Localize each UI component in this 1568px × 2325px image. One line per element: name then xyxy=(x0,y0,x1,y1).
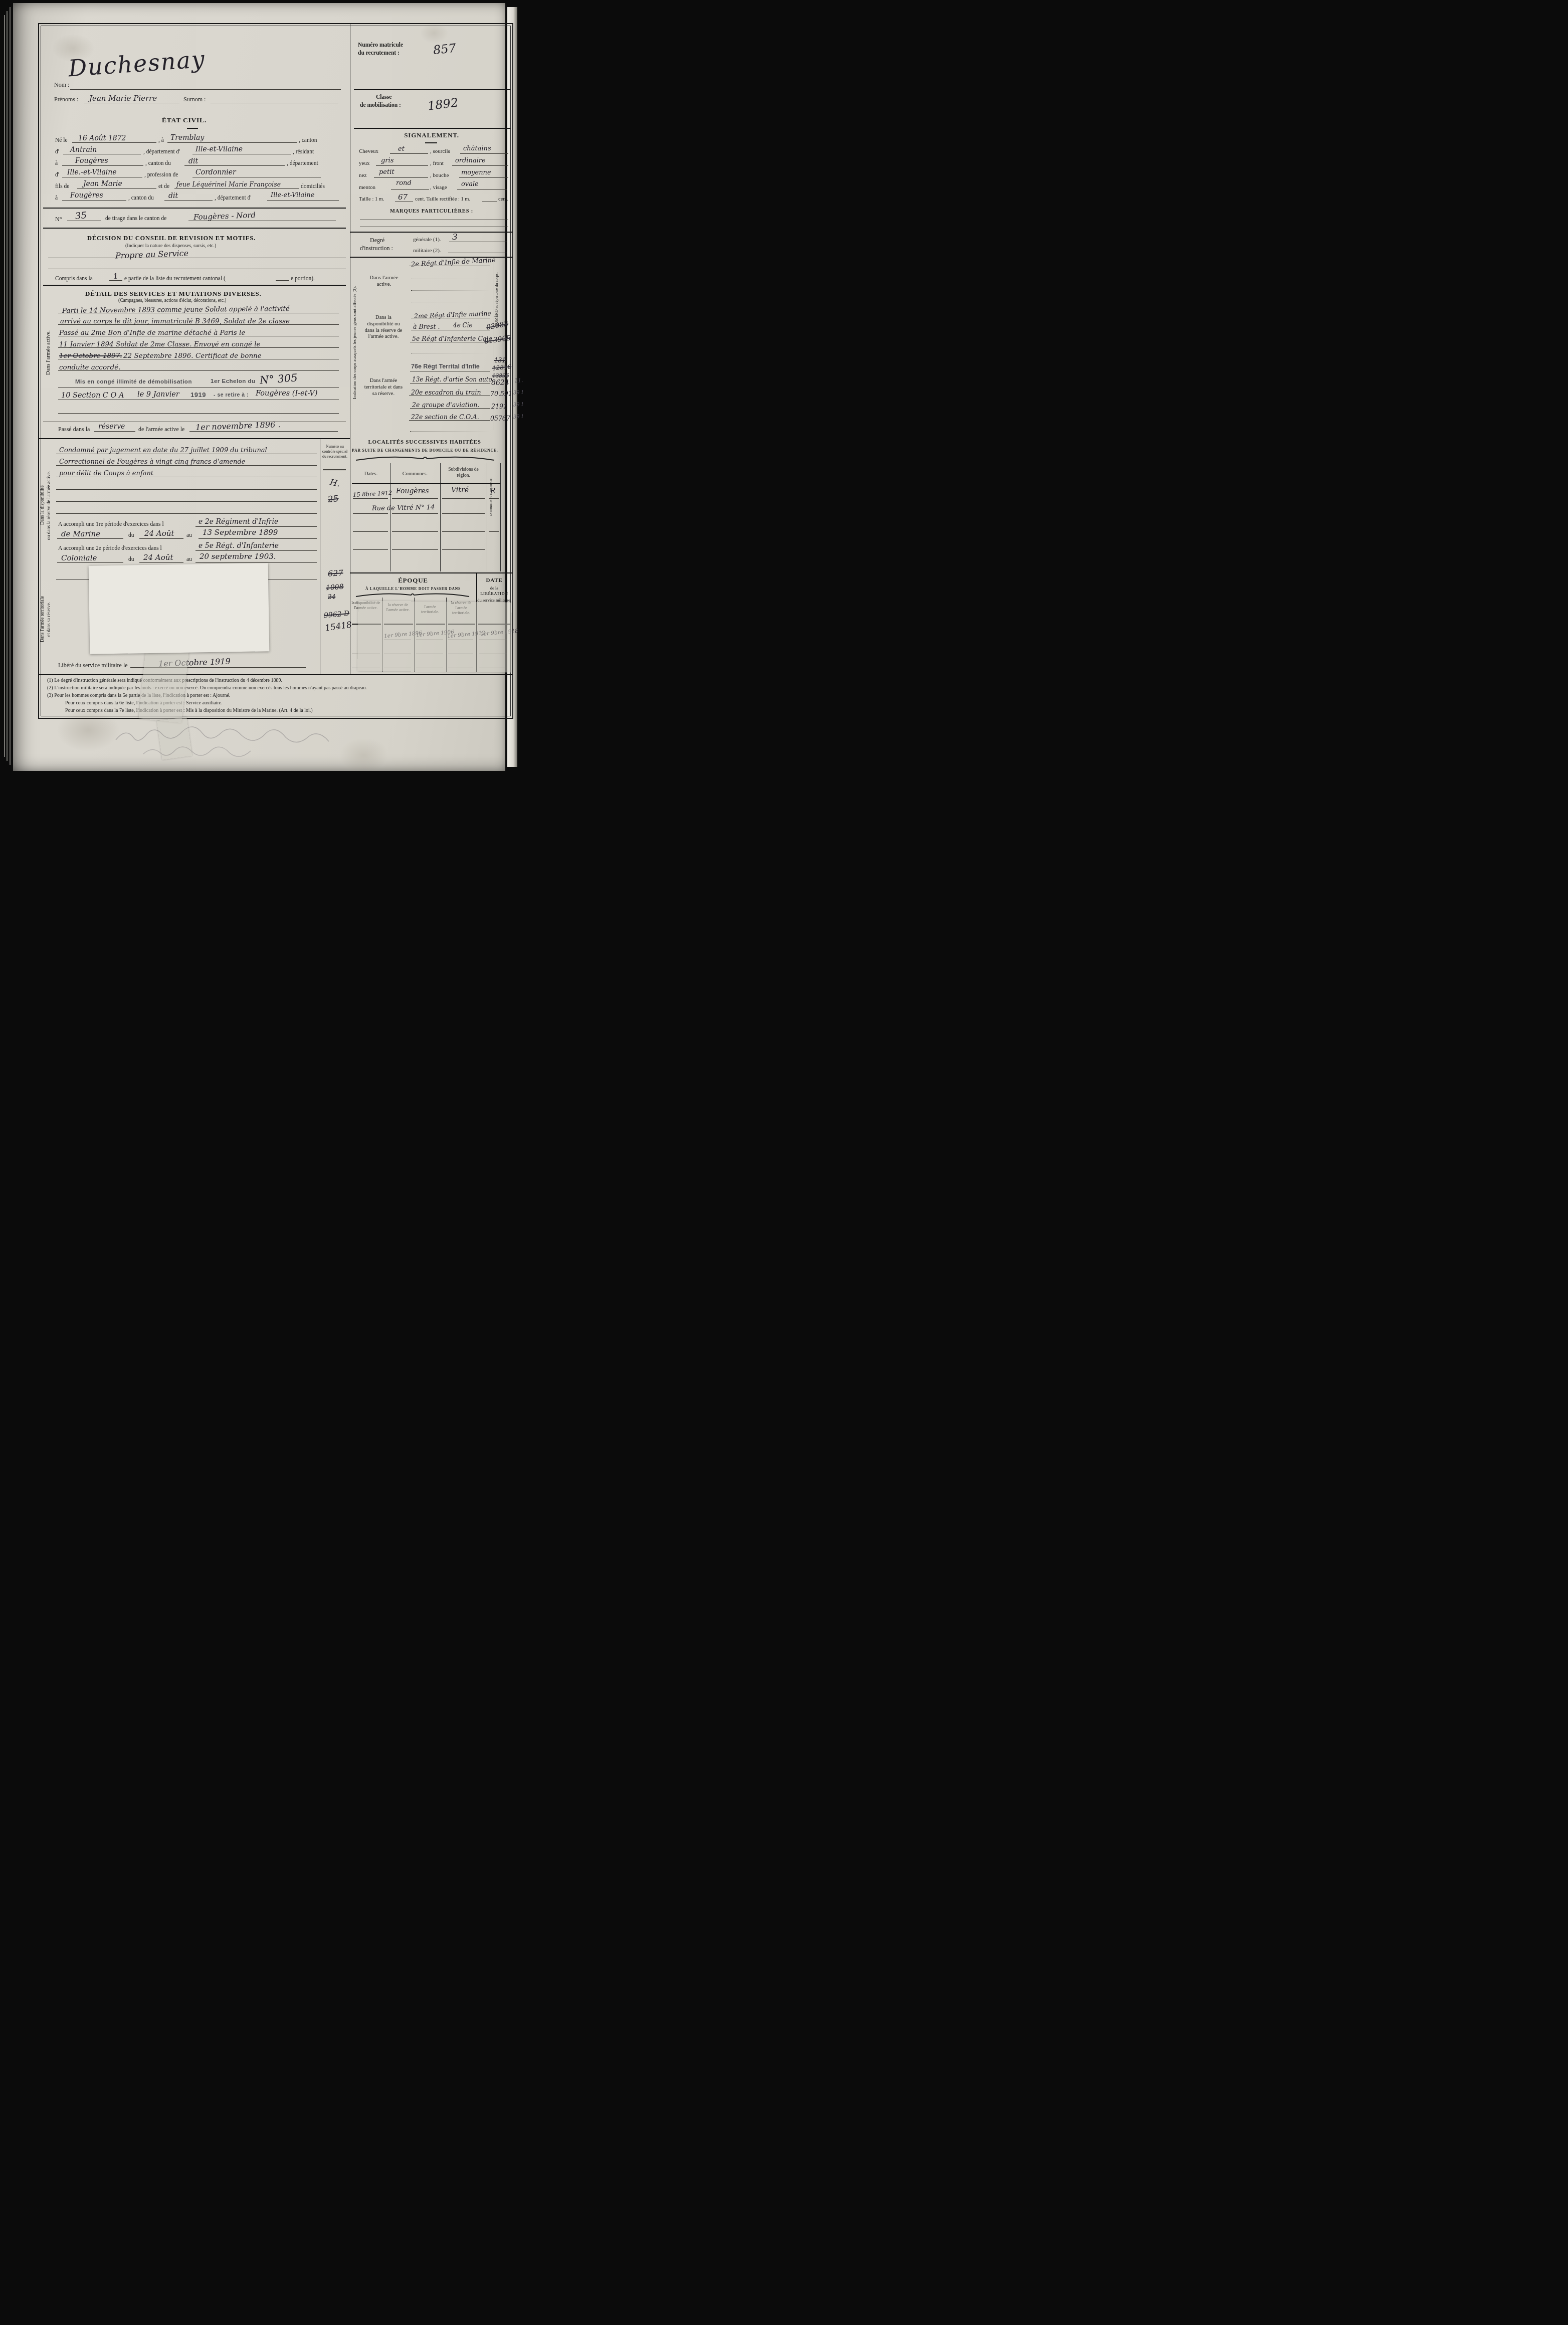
surnom-label: Surnom : xyxy=(183,96,206,103)
dotted-line xyxy=(411,290,490,291)
line xyxy=(62,165,143,166)
tirage-no-label: N° xyxy=(55,216,62,223)
localites-header-rule xyxy=(352,483,500,484)
compris-text: e partie de la liste du recrutement cant… xyxy=(124,276,226,282)
sourcils-value: châtains xyxy=(463,145,491,152)
compris-text2: e portion). xyxy=(291,276,315,282)
periode1-du: 24 Août xyxy=(144,529,174,538)
a-label: , à xyxy=(158,137,164,143)
line xyxy=(77,188,156,189)
periode1-corps: de Marine xyxy=(61,529,100,538)
localites-subtitle: PAR SUITE DE CHANGEMENTS DE DOMICILE OU … xyxy=(352,448,497,453)
line xyxy=(276,280,289,281)
profession-value: Cordonnier xyxy=(195,168,236,176)
line xyxy=(489,498,499,499)
canton-dit2: dit xyxy=(168,192,178,200)
localites-col-line xyxy=(440,463,441,571)
periode1-value: e 2e Régiment d'Infrie xyxy=(199,518,278,526)
line xyxy=(189,431,338,432)
localites-col-line xyxy=(390,463,390,571)
column-divider xyxy=(350,24,350,674)
decision-value: Propre au Service xyxy=(115,248,189,260)
matricule-bottom-line xyxy=(354,89,510,90)
reserve-value: réserve xyxy=(98,423,125,431)
line xyxy=(164,200,213,201)
pasted-paper-patch xyxy=(89,563,270,654)
condamnation-line-1: Condamné par jugement en date du 27 juil… xyxy=(59,447,267,454)
reserve-label: Passé dans la xyxy=(58,426,90,433)
cent-label: cent. xyxy=(498,197,508,202)
au2-label: au xyxy=(186,556,192,562)
line xyxy=(57,538,123,539)
demob-date: le 9 Janvier xyxy=(137,391,179,399)
line xyxy=(482,202,497,202)
cheveux-value: et xyxy=(398,145,405,153)
line xyxy=(139,562,183,563)
margin-number-5: 15418 xyxy=(324,620,352,633)
margin-number-4: 9962 D xyxy=(323,610,350,620)
departement2-label: , département xyxy=(287,160,318,166)
line xyxy=(409,266,490,266)
territorial-row-4: 22e section de C.O.A. xyxy=(411,413,479,421)
line xyxy=(58,336,339,336)
margin-number-1: 627 xyxy=(328,568,343,578)
armee-active-label: Dans l'armée active. xyxy=(363,275,405,288)
line xyxy=(374,177,428,178)
nez-label: nez xyxy=(359,172,366,178)
line xyxy=(391,189,429,190)
territorial-row-1: 13e Régt. d'artie Son auto. xyxy=(412,376,494,383)
localites-row-date: 15 8bre 1912 xyxy=(353,489,393,498)
localites-row-address: Rue de Vitré N° 14 xyxy=(372,504,435,512)
matricule-label2: du recrutement : xyxy=(358,50,400,56)
services-title: DÉTAIL DES SERVICES ET MUTATIONS DIVERSE… xyxy=(85,290,262,298)
reserve-label2: de l'armée active le xyxy=(138,426,184,433)
line xyxy=(195,526,317,527)
periode2-label: A accompli une 2e période d'exercices da… xyxy=(58,545,162,551)
periode1-au: 13 Septembre 1899 xyxy=(203,528,278,537)
line xyxy=(323,471,346,471)
line xyxy=(449,242,507,242)
line xyxy=(43,422,346,422)
territorial-row-1-num: 8624 xyxy=(491,379,509,387)
line xyxy=(58,413,339,414)
matricule-label: Numéro matricule xyxy=(358,42,403,48)
footnote-2: (2) L'instruction militaire sera indiqué… xyxy=(47,685,367,691)
localites-row-dr: R xyxy=(490,487,496,495)
generale-value: 3 xyxy=(452,232,458,242)
visage-value: ovale xyxy=(461,180,479,188)
section-rule xyxy=(350,232,512,233)
line xyxy=(109,280,122,281)
territorial-stamp-num-2: 12816 xyxy=(492,363,511,371)
line xyxy=(62,200,126,201)
nom-label: Nom : xyxy=(54,81,69,89)
line xyxy=(48,258,346,258)
territorial-row-4-num: 05767 xyxy=(490,415,510,422)
demob-year-stamp: 1919 xyxy=(190,391,206,399)
prenoms-line xyxy=(84,103,179,103)
departement2-value: Ille.-et-Vilaine xyxy=(67,168,117,176)
birth-place: Tremblay xyxy=(170,134,204,142)
tirage-text: de tirage dans le canton de xyxy=(105,216,166,222)
degre-label: Degré xyxy=(370,237,384,244)
canton-du-label: , canton du xyxy=(145,160,171,166)
etat-civil-title: ÉTAT CIVIL. xyxy=(162,116,207,124)
profession-label: , profession de xyxy=(144,172,178,178)
demob-stamp-echelon: 1er Echelon du xyxy=(211,378,255,384)
line xyxy=(195,550,317,551)
line xyxy=(409,420,490,421)
line xyxy=(390,153,428,154)
canton-du2-label: , canton du xyxy=(128,195,154,201)
line xyxy=(167,142,297,143)
periode1-label: A accompli une 1re période d'exercices d… xyxy=(58,521,164,527)
control-column-line xyxy=(320,438,320,674)
line xyxy=(489,531,499,532)
decision-title: DÉCISION DU CONSEIL DE REVISION ET MOTIF… xyxy=(87,235,256,242)
armee-active-corps: 2e Régt d'Infie de Marine xyxy=(411,257,496,269)
line xyxy=(58,347,339,348)
line xyxy=(58,387,339,387)
line xyxy=(56,513,317,514)
departement-d-label: , département d' xyxy=(215,195,251,201)
bouche-value: moyenne xyxy=(461,169,491,176)
localites-subdiv-header: Subdivisions de région. xyxy=(442,467,485,479)
dispo-side-label-1: Dans la disponibilité xyxy=(40,448,45,562)
line xyxy=(392,531,438,532)
birth-date: 16 Août 1872 xyxy=(78,134,126,142)
line xyxy=(63,154,141,154)
name-signature: Duchesnay xyxy=(67,46,206,82)
compris-value: 1 xyxy=(113,271,119,281)
residant-label: , résidant xyxy=(293,149,314,155)
epoque-date-sub2: LIBÉRATION xyxy=(477,592,511,596)
page-edge-line xyxy=(10,7,11,765)
dispo-corps-3: 5e Régt d'Infanterie Cale xyxy=(412,335,492,342)
line xyxy=(58,400,339,400)
territorial-row-2: 20e escadron du train xyxy=(411,389,481,396)
pencil-scribble xyxy=(113,725,344,760)
line xyxy=(392,549,438,550)
libere-label: Libéré du service militaire le xyxy=(58,662,128,669)
line xyxy=(448,253,507,253)
localites-title: LOCALITÉS SUCCESSIVES HABITÉES xyxy=(352,439,497,446)
au-label: au xyxy=(186,532,192,538)
margin-number-2: 1008 xyxy=(325,583,344,592)
line xyxy=(392,513,438,514)
territorial-regiment-stamp: 76e Régt Territal d'Infie xyxy=(411,363,480,370)
indication-corps-vertical-label: Indication des corps auxquels les jeunes… xyxy=(352,260,357,425)
line xyxy=(410,371,490,371)
du2-label: du xyxy=(128,556,134,562)
line xyxy=(411,330,490,330)
parents-residence: Fougères xyxy=(70,191,103,200)
title-dash xyxy=(187,128,198,129)
line xyxy=(199,538,317,539)
signalement-title: SIGNALEMENT. xyxy=(354,131,509,139)
line xyxy=(360,220,508,220)
line xyxy=(409,396,490,396)
line xyxy=(57,562,123,563)
line xyxy=(192,177,321,177)
cheveux-label: Cheveux xyxy=(359,148,378,154)
line xyxy=(56,501,317,502)
territorial-side-label-2: et dans sa réserve. xyxy=(47,575,52,663)
front-label: , front xyxy=(430,160,444,166)
services-side-label: Dans l'armée active. xyxy=(45,295,51,410)
departement-value: Ille-et-Vilaine xyxy=(195,145,243,153)
bouche-label: , bouche xyxy=(430,172,449,178)
tape-overlay xyxy=(357,601,511,672)
canton-label: , canton xyxy=(299,137,317,143)
marques-title: MARQUES PARTICULIÈRES : xyxy=(354,209,509,215)
classe-label2: de mobilisation : xyxy=(360,102,401,108)
line xyxy=(56,489,317,490)
parents-departement: Ille-et-Vilaine xyxy=(271,191,314,199)
localites-dates-header: Dates. xyxy=(354,471,388,478)
localites-communes-header: Communes. xyxy=(392,471,438,478)
page-edge-line xyxy=(7,11,8,761)
localites-brace-icon xyxy=(355,454,495,461)
periode2-au: 20 septembre 1903. xyxy=(200,552,276,561)
line xyxy=(267,200,339,201)
condamnation-line-2: Correctionnel de Fougères à vingt cinq f… xyxy=(59,458,245,466)
classe-label: Classe xyxy=(376,94,391,100)
line xyxy=(353,549,388,550)
line xyxy=(48,269,346,269)
visage-label: , visage xyxy=(430,184,447,190)
line xyxy=(58,313,339,313)
line xyxy=(376,165,428,166)
footnote-5: Pour ceux compris dans la 7e liste, l'in… xyxy=(65,708,313,713)
localites-col-line xyxy=(500,463,501,571)
line xyxy=(460,153,508,154)
ne-le-label: Né le xyxy=(55,137,68,143)
decision-subtitle: (Indiquer la nature des dispenses, sursi… xyxy=(125,243,216,249)
epoque-subtitle: À LAQUELLE L'HOMME DOIT PASSER DANS xyxy=(352,587,474,591)
line xyxy=(410,383,490,383)
mother-name: feue Léquérinel Marie Françoise xyxy=(176,180,281,188)
degre-label2: d'instruction : xyxy=(360,245,393,252)
matricule-value: 857 xyxy=(433,41,457,58)
line xyxy=(56,454,317,454)
line xyxy=(58,324,339,325)
section-rule xyxy=(43,285,346,286)
localites-dr-header: D domicile ou R résidence. xyxy=(489,464,493,529)
generale-label: générale (1). xyxy=(413,237,441,243)
register-page: Duchesnay Nom : Prénoms : Jean Marie Pie… xyxy=(13,3,505,771)
epoque-date-sub1: de la xyxy=(477,586,511,591)
line xyxy=(392,498,438,499)
dotted-line xyxy=(411,353,490,353)
taille-rectifiee-label: cent. Taille rectifiée : 1 m. xyxy=(415,197,470,202)
line xyxy=(442,513,485,514)
territorial-stamp-num-1: 131 xyxy=(494,357,506,364)
yeux-label: yeux xyxy=(359,160,369,166)
control-column-header: Numéro au contrôle spécial du recrutemen… xyxy=(321,444,349,459)
nez-value: petit xyxy=(379,168,395,176)
line xyxy=(94,431,135,432)
territoriale-label: Dans l'armée territoriale et dans sa rés… xyxy=(362,378,405,397)
prenoms-label: Prénoms : xyxy=(54,96,78,103)
line xyxy=(353,498,388,499)
line xyxy=(67,221,101,221)
front-value: ordinaire xyxy=(455,157,486,164)
territorial-row-3-num: 2191 xyxy=(491,403,507,410)
margin-number-3: 24 xyxy=(328,594,335,601)
demob-stamp-text: Mis en congé illimité de démobilisation xyxy=(75,379,192,385)
d2-label: d' xyxy=(55,172,59,178)
line xyxy=(457,189,507,190)
line xyxy=(442,531,485,532)
periode2-value: e 5e Régt. d'Infanterie xyxy=(199,542,279,550)
line xyxy=(395,202,413,202)
tirage-number: 35 xyxy=(75,210,87,222)
epoque-brace-icon xyxy=(355,592,470,598)
a3-label: à xyxy=(55,195,58,201)
line xyxy=(442,549,485,550)
menton-value: rond xyxy=(396,179,412,187)
territorial-row-2-num: 70.591 xyxy=(490,390,512,398)
taille-label: Taille : 1 m. xyxy=(359,197,384,202)
line xyxy=(192,154,291,154)
dispo-corps-2b: 4e Cie xyxy=(453,322,473,329)
line xyxy=(72,142,156,143)
page-edge-line xyxy=(4,15,5,757)
line xyxy=(442,498,485,499)
territorial-row-3: 2e groupe d'aviation. xyxy=(412,401,479,409)
line xyxy=(410,408,490,409)
disponibilite-label: Dans la disponibilité ou dans la réserve… xyxy=(362,315,405,340)
demob-unit: 10 Section C O A xyxy=(61,392,124,400)
epoque-top-rule xyxy=(350,572,512,573)
section-rule xyxy=(43,208,346,209)
matricule-form: Duchesnay Nom : Prénoms : Jean Marie Pie… xyxy=(38,23,513,719)
periode2-du: 24 Août xyxy=(143,553,173,562)
dispo-side-label-2: ou dans la réserve de l'armée active. xyxy=(47,444,52,566)
nom-line xyxy=(70,89,341,90)
line xyxy=(323,469,346,470)
condamnation-line-3: pour délit de Coups à enfant xyxy=(59,470,153,477)
surnom-line xyxy=(211,103,338,103)
line xyxy=(452,165,508,166)
localites-row-subdiv: Vitré xyxy=(451,486,469,494)
line xyxy=(411,318,490,318)
canton-dit: dit xyxy=(188,157,198,165)
section-rule xyxy=(39,438,350,439)
canton-value: Antrain xyxy=(70,146,97,154)
line xyxy=(184,165,285,166)
demob-retire-stamp: - se retire à : xyxy=(214,392,249,398)
territorial-row-1-num0: 13896 xyxy=(492,373,509,379)
menton-label: menton xyxy=(359,184,375,190)
departement-label: , département d' xyxy=(143,149,180,155)
militaire-label: militaire (2). xyxy=(413,248,441,254)
line xyxy=(56,465,317,466)
dotted-line xyxy=(411,279,490,279)
fils-de-label: fils de xyxy=(55,183,69,189)
services-subtitle: (Campagnes, blessures, actions d'éclat, … xyxy=(118,298,226,303)
control-mark-2: 25 xyxy=(327,494,339,505)
demob-place: Fougères (I-et-V) xyxy=(256,390,317,398)
classe-bottom-line xyxy=(354,128,510,129)
sourcils-label: , sourcils xyxy=(430,148,450,154)
compris-label: Compris dans la xyxy=(55,276,93,282)
dispo-corps-2a: à Brest . xyxy=(413,323,440,330)
d-label: d' xyxy=(55,149,59,155)
dotted-line xyxy=(410,431,490,432)
et-de-label: et de xyxy=(158,183,169,189)
line xyxy=(58,370,339,371)
control-mark-1: H. xyxy=(329,477,340,489)
line xyxy=(353,531,388,532)
yeux-value: gris xyxy=(381,157,394,164)
epoque-date-title: DATE xyxy=(477,577,511,584)
a2-label: à xyxy=(55,160,58,166)
localites-col-line xyxy=(487,463,487,571)
localites-row-commune: Fougères xyxy=(396,487,429,495)
territorial-side-label-1: Dans l'armée territoriale xyxy=(40,571,45,667)
section-rule xyxy=(43,228,346,229)
line xyxy=(139,538,183,539)
line xyxy=(410,342,490,342)
title-dash xyxy=(425,142,437,143)
tape-piece xyxy=(138,644,189,723)
classe-value: 1892 xyxy=(427,95,459,113)
territorial-row-1-margin: 11.4.17 xyxy=(514,376,523,384)
du-label: du xyxy=(128,532,134,538)
footnote-3: (3) Pour les hommes compris dans la 5e p… xyxy=(47,693,230,698)
scanned-military-register: { "hdr": { "nom_l": "Nom :", "nom_v": "D… xyxy=(0,0,523,775)
line xyxy=(353,513,388,514)
line xyxy=(459,177,508,178)
footnotes-rule xyxy=(39,674,512,675)
line xyxy=(58,359,339,359)
periode2-corps: Coloniale xyxy=(61,553,97,562)
demob-number: N° 305 xyxy=(259,371,298,386)
line xyxy=(62,177,142,177)
line xyxy=(360,227,508,227)
domicilies-label: domiciliés xyxy=(301,183,325,189)
line xyxy=(174,188,299,189)
father-name: Jean Marie xyxy=(83,180,122,188)
tirage-canton: Fougères - Nord xyxy=(193,211,256,222)
dotted-line xyxy=(411,302,490,302)
line xyxy=(188,221,336,221)
epoque-title: ÉPOQUE xyxy=(352,576,474,585)
prenoms-value: Jean Marie Pierre xyxy=(89,94,157,103)
residence-value: Fougères xyxy=(75,157,108,165)
line xyxy=(56,477,317,477)
taille-value: 67 xyxy=(398,192,408,202)
